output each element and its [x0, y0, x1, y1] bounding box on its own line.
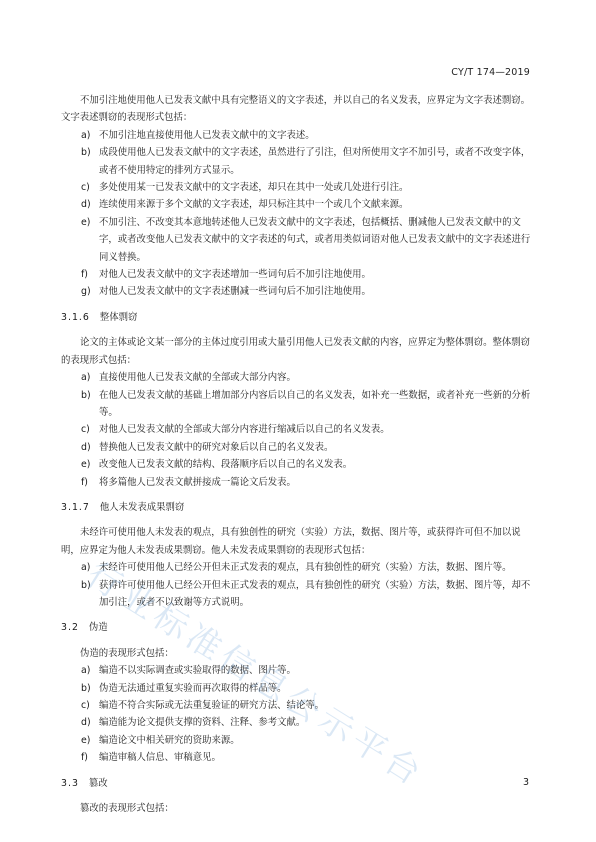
- document-body: 不加引注地使用他人已发表文献中具有完整语义的文字表述，并以自己的名义发表，应界定…: [61, 92, 534, 817]
- list-item: a)编造不以实际调查或实验取得的数据、图片等。: [61, 662, 534, 679]
- list-item: a)直接使用他人已发表文献的全部或大部分内容。: [61, 369, 534, 386]
- list-item: c)编造不符合实际或无法重复验证的研究方法、结论等。: [61, 697, 534, 714]
- standard-code: CY/T 174—2019: [451, 67, 530, 78]
- list-item: d)替换他人已发表文献中的研究对象后以自己的名义发表。: [61, 439, 534, 456]
- section-heading-3-2: 3.2 伪造: [61, 619, 534, 636]
- list-item: d)连续使用来源于多个文献的文字表述，却只标注其中一个或几个文献来源。: [61, 196, 534, 213]
- list-item: f)编造审稿人信息、审稿意见。: [61, 749, 534, 766]
- list-item: e)改变他人已发表文献的结构、段落顺序后以自己的名义发表。: [61, 456, 534, 473]
- list-item: b)获得许可使用他人已经公开但未正式发表的观点，具有独创性的研究（实验）方法，数…: [61, 577, 534, 612]
- list-item: b)在他人已发表文献的基础上增加部分内容后以自己的名义发表，如补充一些数据，或者…: [61, 387, 534, 422]
- list-item: e)编造论文中相关研究的资助来源。: [61, 732, 534, 749]
- paragraph-unpublished-plagiarism-intro: 未经许可使用他人未发表的观点，具有独创性的研究（实验）方法，数据、图片等，或获得…: [61, 524, 534, 559]
- paragraph-text-plagiarism-intro: 不加引注地使用他人已发表文献中具有完整语义的文字表述，并以自己的名义发表，应界定…: [61, 92, 534, 127]
- list-item: a)不加引注地直接使用他人已发表文献中的文字表述。: [61, 127, 534, 144]
- list-unpublished-plagiarism: a)未经许可使用他人已经公开但未正式发表的观点，具有独创性的研究（实验）方法，数…: [61, 559, 534, 611]
- section-heading-3-1-7: 3.1.7 他人未发表成果剽窃: [61, 499, 534, 516]
- list-item: a)未经许可使用他人已经公开但未正式发表的观点，具有独创性的研究（实验）方法，数…: [61, 559, 534, 576]
- paragraph-fabrication-intro: 伪造的表现形式包括：: [61, 645, 534, 662]
- page-number: 3: [523, 777, 529, 788]
- list-overall-plagiarism: a)直接使用他人已发表文献的全部或大部分内容。 b)在他人已发表文献的基础上增加…: [61, 369, 534, 491]
- section-heading-3-3: 3.3 篡改: [61, 775, 534, 792]
- paragraph-falsification-intro: 篡改的表现形式包括：: [61, 800, 534, 817]
- list-item: g)对他人已发表文献中的文字表述删减一些词句后不加引注地使用。: [61, 283, 534, 300]
- list-item: d)编造能为论文提供支撑的资料、注释、参考文献。: [61, 714, 534, 731]
- list-item: e)不加引注、不改变其本意地转述他人已发表文献中的文字表述，包括概括、删减他人已…: [61, 214, 534, 266]
- list-text-plagiarism: a)不加引注地直接使用他人已发表文献中的文字表述。 b)成段使用他人已发表文献中…: [61, 127, 534, 301]
- list-item: b)伪造无法通过重复实验而再次取得的样品等。: [61, 680, 534, 697]
- list-item: c)对他人已发表文献的全部或大部分内容进行缩减后以自己的名义发表。: [61, 421, 534, 438]
- list-fabrication: a)编造不以实际调查或实验取得的数据、图片等。 b)伪造无法通过重复实验而再次取…: [61, 662, 534, 766]
- section-heading-3-1-6: 3.1.6 整体剽窃: [61, 309, 534, 326]
- list-item: c)多处使用某一已发表文献中的文字表述，却只在其中一处或几处进行引注。: [61, 179, 534, 196]
- list-item: b)成段使用他人已发表文献中的文字表述，虽然进行了引注，但对所使用文字不加引号，…: [61, 144, 534, 179]
- paragraph-overall-plagiarism-intro: 论文的主体或论文某一部分的主体过度引用或大量引用他人已发表文献的内容，应界定为整…: [61, 334, 534, 369]
- list-item: f)对他人已发表文献中的文字表述增加一些词句后不加引注地使用。: [61, 266, 534, 283]
- list-item: f)将多篇他人已发表文献拼接成一篇论文后发表。: [61, 474, 534, 491]
- document-page: CY/T 174—2019 不加引注地使用他人已发表文献中具有完整语义的文字表述…: [0, 0, 596, 842]
